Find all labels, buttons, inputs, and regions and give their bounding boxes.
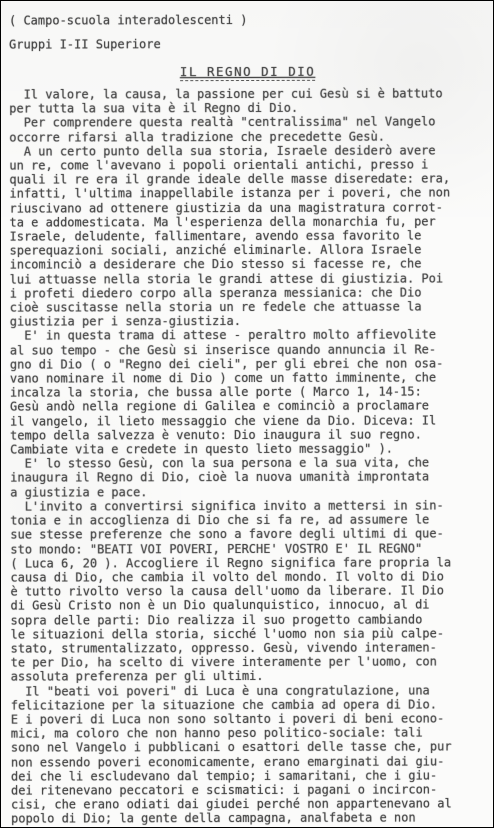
text-line: sperequazioni sociali, anziché eliminarl… [10, 243, 487, 258]
text-line: è tutto rivolto verso la causa dell'uomo… [10, 583, 487, 598]
text-line: inaugura il Regno di Dio, cioè la nuova … [10, 470, 487, 485]
group-label: Gruppi I-II Superiore [9, 36, 486, 51]
text-line: dei che li escludevano dal tempio; i sam… [11, 768, 488, 783]
text-line: assoluta preferenza per gli ultimi. [11, 669, 488, 684]
page-content: ( Campo-scuola interadolescenti ) Gruppi… [0, 0, 494, 827]
text-line: E' lo stesso Gesù, con la sua persona e … [10, 456, 487, 471]
text-line: non essendo poveri economicamente, erano… [11, 754, 488, 769]
text-line: E' in questa trama di attese - peraltro … [10, 328, 487, 343]
text-line: Il valore, la causa, la passione per cui… [9, 86, 486, 101]
text-line: per tutta la sua vita è il Regno di Dio. [9, 101, 486, 116]
text-line: Gesù andò nella regione di Galilea e com… [10, 399, 487, 414]
text-line: sue stesse preferenze che sono a favore … [10, 527, 487, 542]
text-line: cioè suscitasse nella storia un re fedel… [10, 299, 487, 314]
text-line: E i poveri di Luca non sono soltanto i p… [11, 711, 488, 726]
text-line: le situazioni della storia, sicché l'uom… [11, 626, 488, 641]
text-line: quali il re era il grande ideale delle m… [9, 172, 486, 187]
text-line: cisi, che erano odiati dai giudei perché… [11, 797, 488, 812]
text-line: Israele, deludente, fallimentare, avendo… [10, 228, 487, 243]
text-line: incominciò a desiderare che Dio stesso s… [10, 257, 487, 272]
text-line: L'invito a convertirsi significa invito … [10, 498, 487, 513]
text-line: tempo della salvezza è venuto: Dio inaug… [10, 427, 487, 442]
text-line: Per comprendere questa realtà "centralis… [9, 115, 486, 130]
text-line: sono nel Vangelo i pubblicani o esattori… [11, 740, 488, 755]
text-line: sopra delle parti: Dio realizza il suo p… [11, 612, 488, 627]
text-line: riuscivano ad ottenere giustizia da una … [9, 200, 486, 215]
text-line: A un certo punto della sua storia, Israe… [9, 143, 486, 158]
text-line: Cambiate vita e credete in questo lieto … [10, 441, 487, 456]
text-line: al suo tempo - che Gesù si inserisce qua… [10, 342, 487, 357]
scanned-document-page: ( Campo-scuola interadolescenti ) Gruppi… [0, 0, 494, 828]
text-line: te per Dio, ha scelto di vivere interame… [11, 654, 488, 669]
text-line: il vangelo, il lieto messaggio che viene… [10, 413, 487, 428]
text-line: stato, strumentalizzato, oppresso. Gesù,… [11, 640, 488, 655]
document-title: IL REGNO DI DIO [180, 64, 315, 81]
text-line: incalza la storia, che bussa alle porte … [10, 385, 487, 400]
camp-school-note: ( Campo-scuola interadolescenti ) [9, 12, 486, 27]
text-line: un re, come l'avevano i popoli orientali… [9, 157, 486, 172]
text-line: ta e addomesticata. Ma l'esperienza dell… [9, 214, 486, 229]
text-line: giustizia per i senza-giustizia. [10, 314, 487, 329]
title-row: IL REGNO DI DIO [9, 60, 486, 81]
text-line: lui attuasse nella storia le grandi atte… [10, 271, 487, 286]
document-body: Il valore, la causa, la passione per cui… [9, 86, 488, 826]
text-line: vano nominare il nome di Dio ) come un f… [10, 370, 487, 385]
text-line: gno di Dio ( o "Regno dei cieli", per gl… [10, 356, 487, 371]
text-line: tonia e in accoglienza di Dio che si fa … [10, 512, 487, 527]
text-line: felicitazione per la situazione che camb… [11, 697, 488, 712]
text-line: mici, ma coloro che non hanno peso polit… [11, 726, 488, 741]
text-line: i profeti diedero corpo alla speranza me… [10, 285, 487, 300]
text-line: a giustizia e pace. [10, 484, 487, 499]
text-line: ( Luca 6, 20 ). Accogliere il Regno sign… [10, 555, 487, 570]
text-line: causa di Dio, che cambia il volto del mo… [10, 569, 487, 584]
text-line: dei ritenevano peccatori e scismatici: i… [11, 782, 488, 797]
text-line: sto mondo: "BEATI VOI POVERI, PERCHE' VO… [10, 541, 487, 556]
text-line: popolo di Dio; la gente della campagna, … [11, 811, 488, 826]
text-line: di Gesù Cristo non è un Dio qualunquisti… [10, 598, 487, 613]
text-line: infatti, l'ultima inappellabile istanza … [9, 186, 486, 201]
text-line: Il "beati voi poveri" di Luca è una cong… [11, 683, 488, 698]
text-line: occorre rifarsi alla tradizione che prec… [9, 129, 486, 144]
